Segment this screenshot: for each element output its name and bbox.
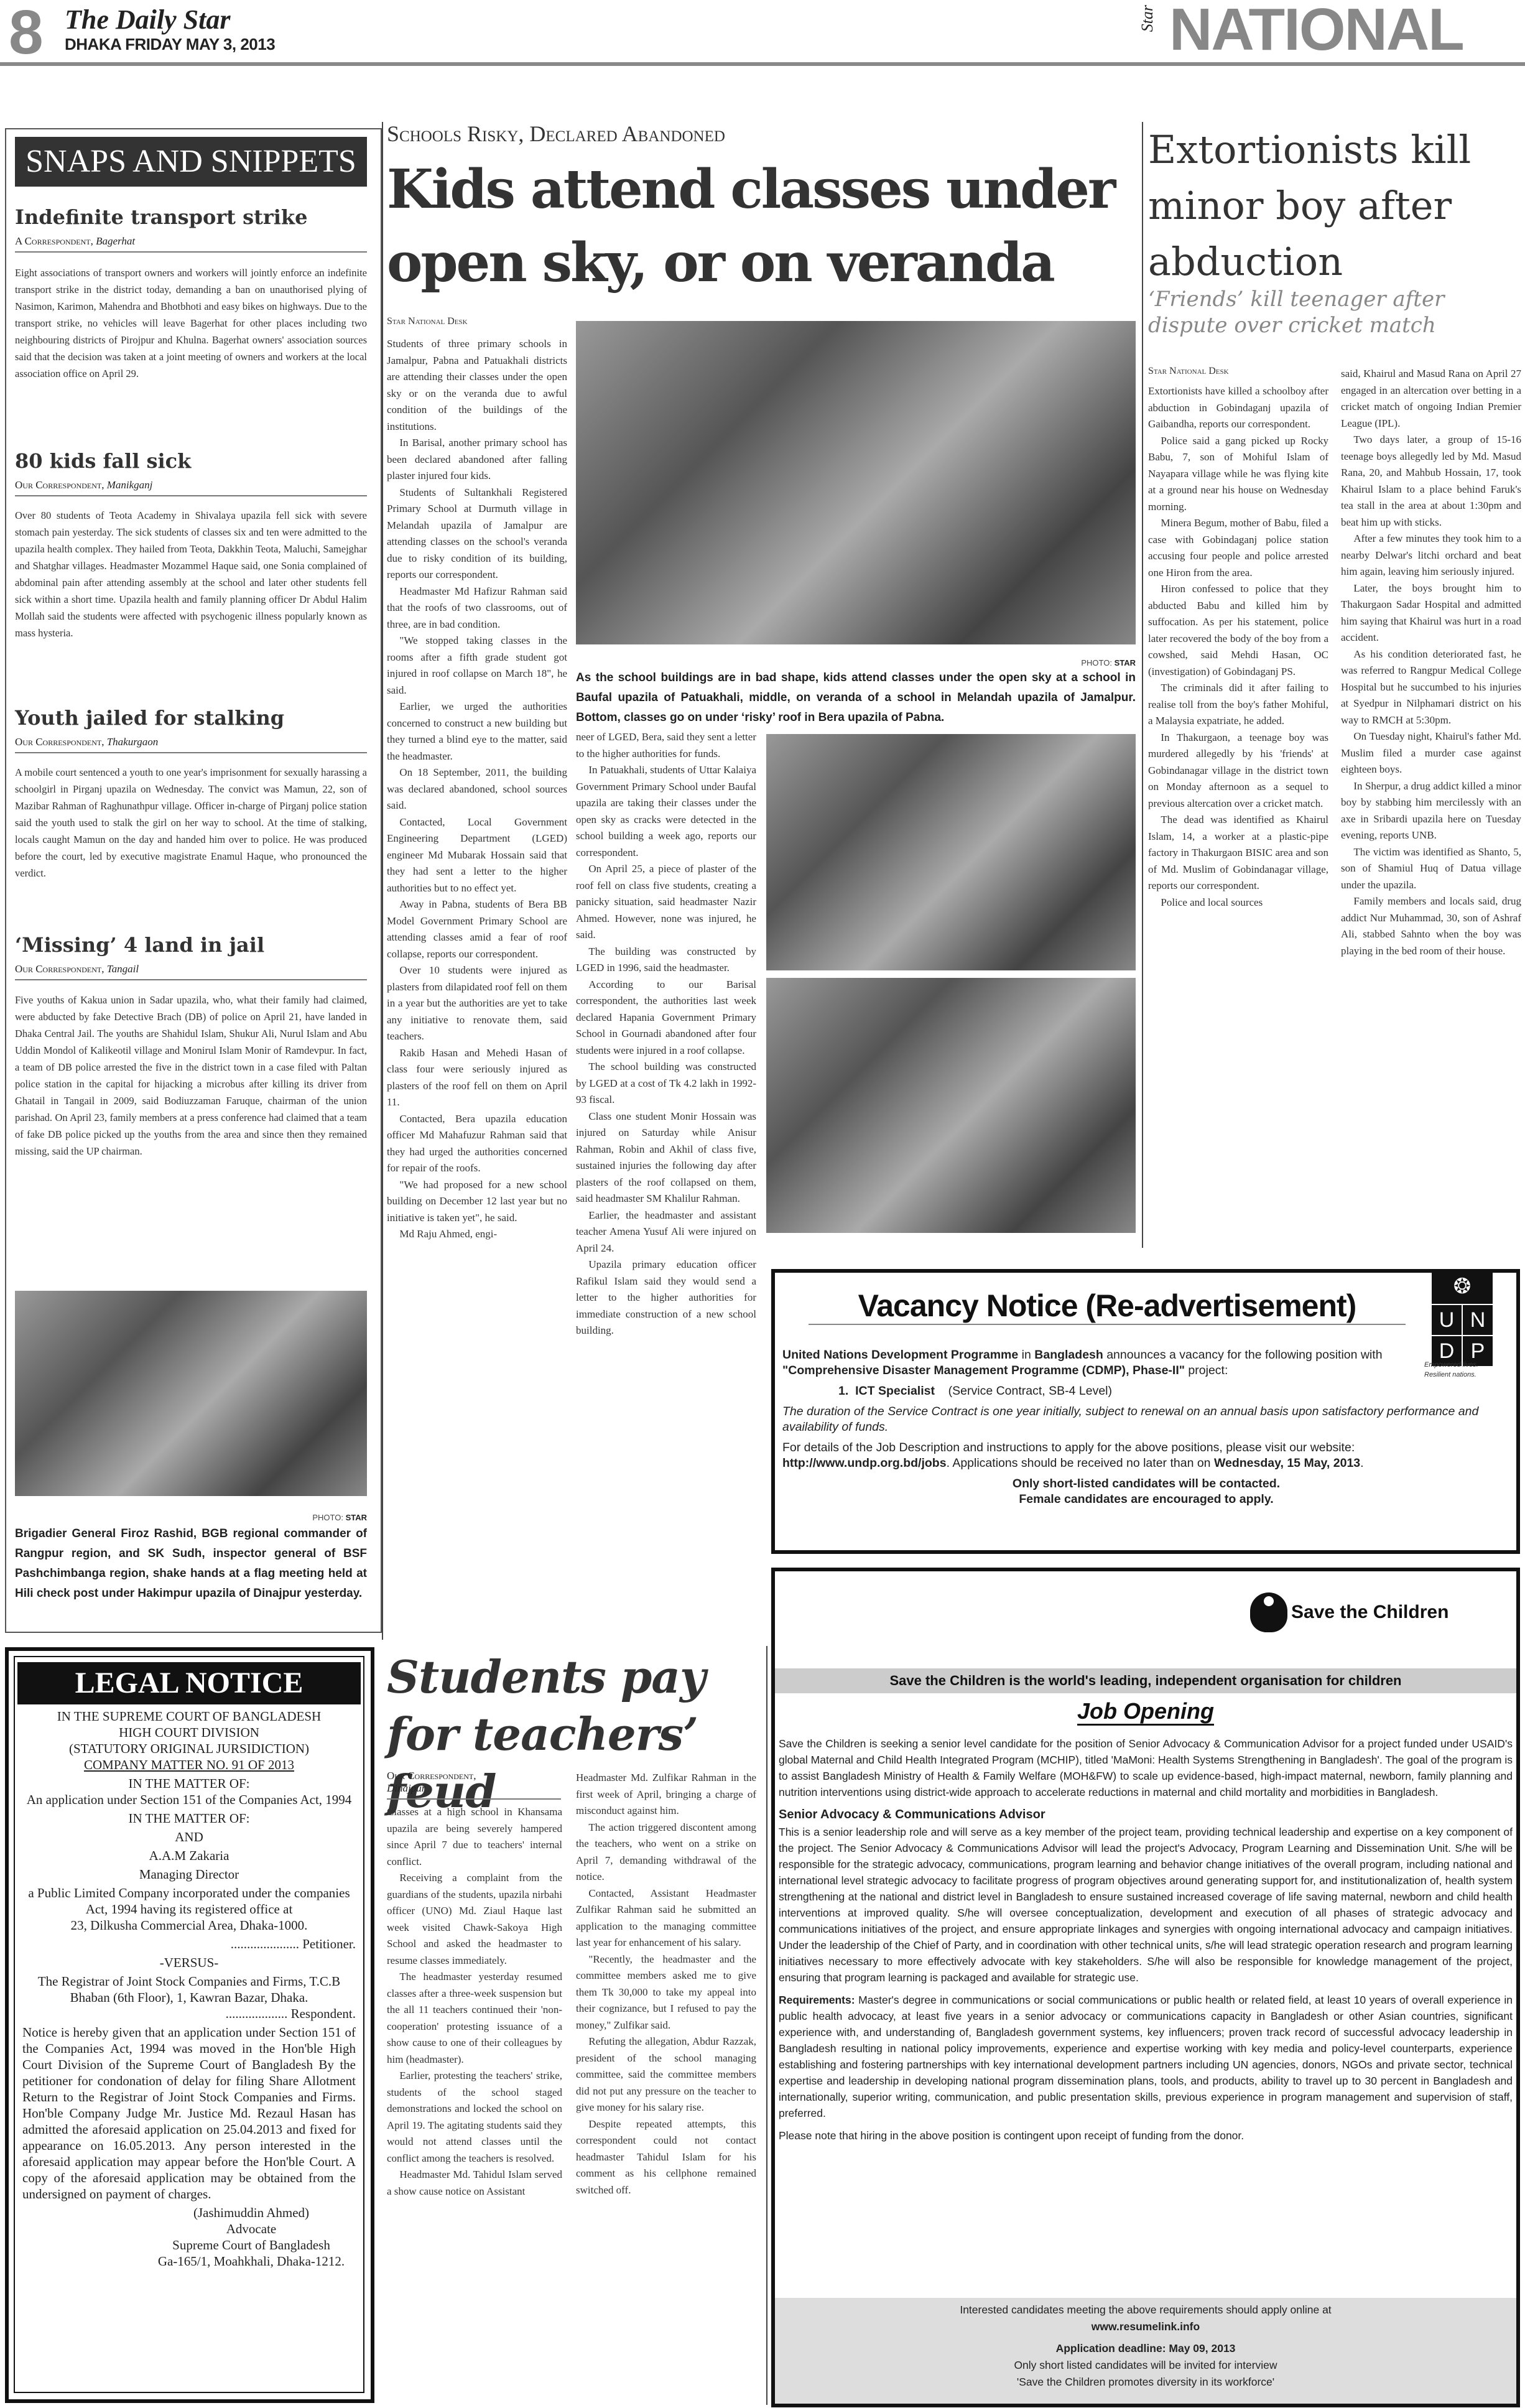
masthead-rule (0, 62, 1525, 66)
page-number: 8 (9, 1, 44, 63)
photo-caption: Brigadier General Firoz Rashid, BGB regi… (15, 1524, 367, 1604)
snippet-body: Eight associations of transport owners a… (15, 264, 367, 382)
lead-column-1: Students of three primary schools in Jam… (387, 336, 567, 1630)
un-emblem-icon: ❂ (1432, 1269, 1493, 1304)
section-title: NATIONAL (1169, 0, 1463, 60)
right-column-2: said, Khairul and Masud Rana on April 27… (1341, 366, 1521, 1255)
snippet-byline: Our Correspondent, Manikganj (15, 479, 367, 496)
lead-photo-caption: As the school buildings are in bad shape… (576, 668, 1136, 728)
right-subhead: ‘Friends’ kill teenager after dispute ov… (1148, 286, 1521, 338)
stc-tagline-band: Save the Children is the world's leading… (775, 1668, 1516, 1693)
risky-roof-class-photo (766, 978, 1136, 1233)
dateline: DHAKA FRIDAY MAY 3, 2013 (65, 35, 275, 54)
snippet-byline: Our Correspondent, Thakurgaon (15, 736, 367, 753)
snippet-byline: Our Correspondent, Tangail (15, 963, 367, 980)
feud-byline: Our Correspondent,Dinajpur (387, 1770, 561, 1800)
stc-ad-body: Save the Children is seeking a senior le… (779, 1736, 1513, 2150)
snippet-headline: Indefinite transport strike (15, 205, 367, 229)
child-figure-icon (1250, 1592, 1287, 1632)
right-headline: Extortionists kill minor boy after abduc… (1148, 122, 1521, 290)
right-byline: Star National Desk (1148, 366, 1229, 377)
save-the-children-logo: Save the Children (1250, 1592, 1449, 1632)
lead-column-2: neer of LGED, Bera, said they sent a let… (576, 729, 756, 1637)
snippet-body: A mobile court sentenced a youth to one … (15, 764, 367, 881)
lead-headline: Kids attend classes under open sky, or o… (387, 153, 1139, 300)
snippet-headline: 80 kids fall sick (15, 449, 367, 473)
section-prefix: Star (1138, 5, 1157, 32)
photo-credit: PHOTO: STAR (576, 658, 1136, 667)
open-sky-class-photo (576, 321, 1136, 644)
veranda-class-photo (766, 734, 1136, 970)
column-rule (766, 1646, 767, 2405)
apply-link[interactable]: www.resumelink.info (1092, 2320, 1200, 2333)
photo-credit: PHOTO: STAR (15, 1513, 367, 1522)
snippet-headline: ‘Missing’ 4 land in jail (15, 933, 367, 957)
flag-meeting-photo (15, 1291, 367, 1496)
undp-ad-body: United Nations Development Programme in … (782, 1347, 1510, 1512)
snippet-body: Over 80 students of Teota Academy in Shi… (15, 507, 367, 641)
legal-notice-body: IN THE SUPREME COURT OF BANGLADESH HIGH … (22, 1708, 356, 2269)
stc-job-title: Job Opening (775, 1698, 1516, 1724)
snippet-headline: Youth jailed for stalking (15, 706, 367, 730)
column-rule (382, 122, 383, 1640)
column-rule (1142, 122, 1143, 1248)
snippet-byline: A Correspondent, Bagerhat (15, 235, 367, 253)
lead-byline: Star National Desk (387, 316, 468, 327)
stc-apply-footer: Interested candidates meeting the above … (775, 2298, 1516, 2404)
right-column-1: Extortionists have killed a schoolboy af… (1148, 383, 1328, 1254)
feud-column-1: Classes at a high school in Khansama upa… (387, 1804, 562, 2401)
feud-column-2: Headmaster Md. Zulfikar Rahman in the fi… (576, 1770, 756, 2404)
snippet-body: Five youths of Kakua union in Sadar upaz… (15, 992, 367, 1160)
paper-name: The Daily Star (65, 4, 230, 35)
legal-notice-header: LEGAL NOTICE (17, 1662, 361, 1704)
snaps-header: SNAPS AND SNIPPETS (15, 137, 367, 187)
undp-ad-title: Vacancy Notice (Re-advertisement) (809, 1288, 1406, 1325)
lead-kicker: Schools Risky, Declared Abandoned (387, 121, 725, 147)
